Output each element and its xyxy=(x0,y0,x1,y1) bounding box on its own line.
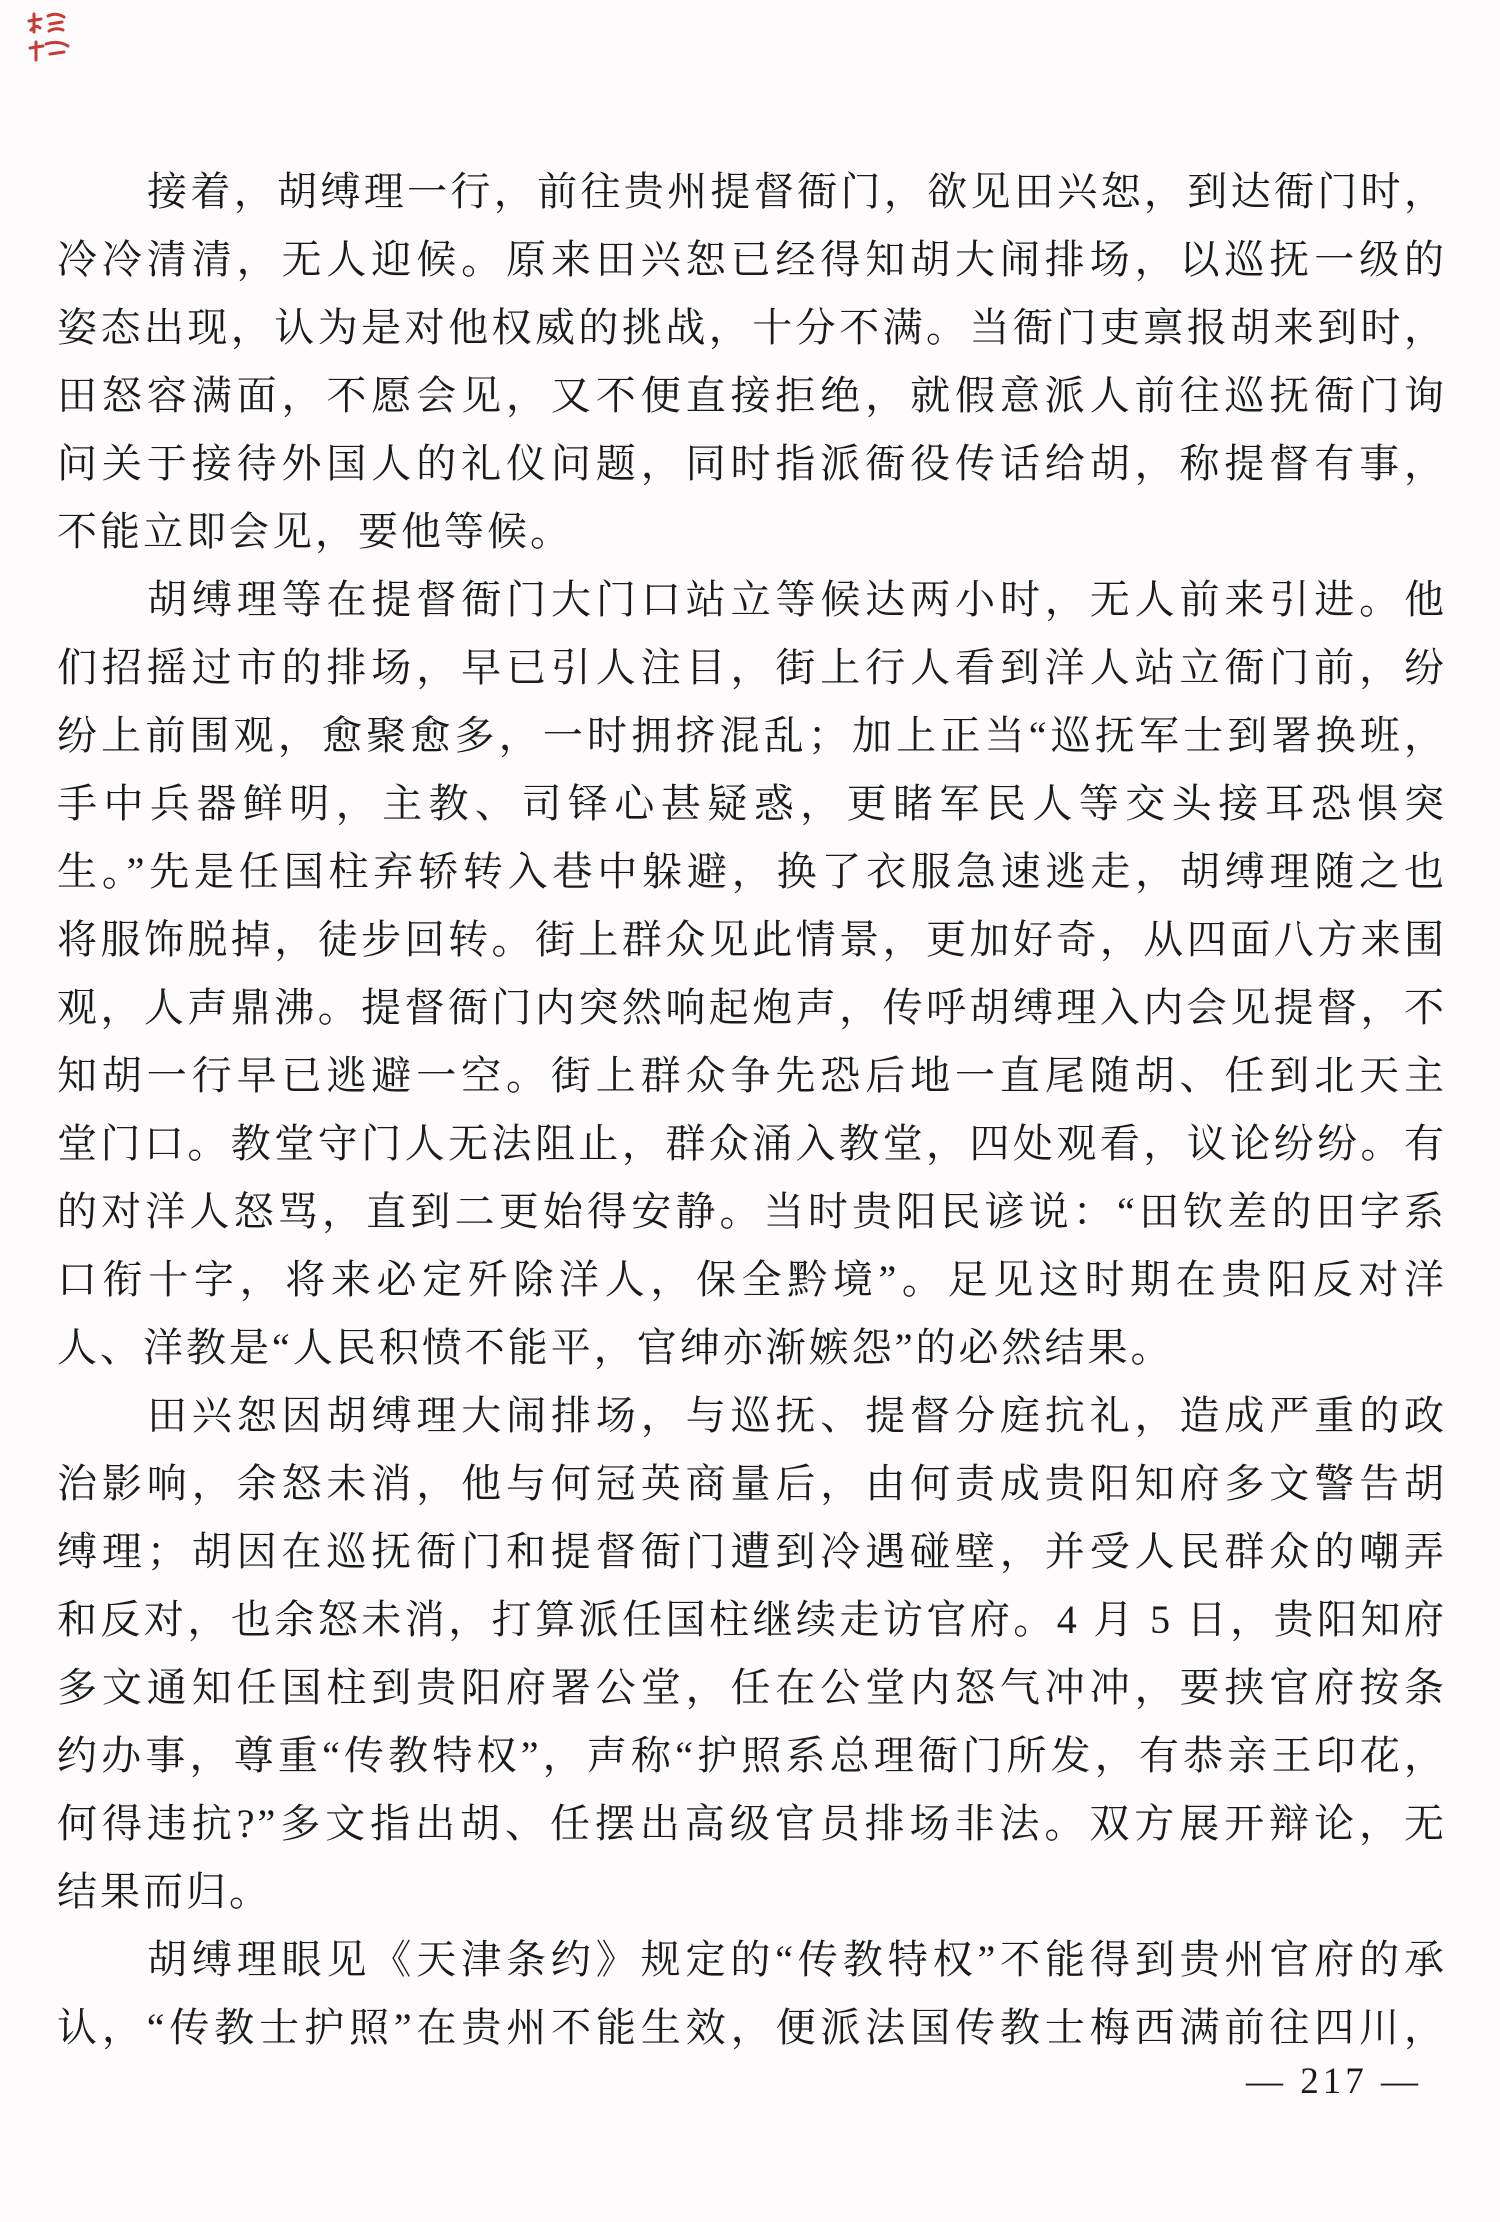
text-line: 人、洋教是“人民积愤不能平，官绅亦渐嫉怨”的必然结果。 xyxy=(57,1314,1447,1382)
text-line: 多文通知任国柱到贵阳府署公堂，任在公堂内怒气冲冲，要挟官府按条 xyxy=(57,1654,1447,1722)
text-line: 手中兵器鲜明，主教、司铎心甚疑惑，更睹军民人等交头接耳恐惧突 xyxy=(57,770,1447,838)
text-line: 观，人声鼎沸。提督衙门内突然响起炮声，传呼胡缚理入内会见提督，不 xyxy=(57,974,1447,1042)
text-line: 口衔十字，将来必定歼除洋人，保全黔境”。足见这时期在贵阳反对洋 xyxy=(57,1246,1447,1314)
text-line: 田兴恕因胡缚理大闹排场，与巡抚、提督分庭抗礼，造成严重的政 xyxy=(57,1382,1447,1450)
text-line: 缚理；胡因在巡抚衙门和提督衙门遭到冷遇碰壁，并受人民群众的嘲弄 xyxy=(57,1518,1447,1586)
text-line: 的对洋人怒骂，直到二更始得安静。当时贵阳民谚说：“田钦差的田字系 xyxy=(57,1178,1447,1246)
page-number: — 217 — xyxy=(1246,2060,1422,2104)
text-line: 结果而归。 xyxy=(57,1858,1447,1926)
text-line: 治影响，余怒未消，他与何冠英商量后，由何责成贵阳知府多文警告胡 xyxy=(57,1450,1447,1518)
text-line: 胡缚理等在提督衙门大门口站立等候达两小时，无人前来引进。他 xyxy=(57,566,1447,634)
text-line: 何得违抗?”多文指出胡、任摆出高级官员排场非法。双方展开辩论，无 xyxy=(57,1790,1447,1858)
red-pen-mark-icon xyxy=(26,8,72,66)
text-line: 姿态出现，认为是对他权威的挑战，十分不满。当衙门吏禀报胡来到时， xyxy=(57,294,1447,362)
text-line: 接着，胡缚理一行，前往贵州提督衙门，欲见田兴恕，到达衙门时， xyxy=(57,158,1447,226)
text-line: 生。”先是任国柱弃轿转入巷中躲避，换了衣服急速逃走，胡缚理随之也 xyxy=(57,838,1447,906)
book-page: 接着，胡缚理一行，前往贵州提督衙门，欲见田兴恕，到达衙门时， 冷冷清清，无人迎候… xyxy=(0,0,1500,2222)
text-line: 胡缚理眼见《天津条约》规定的“传教特权”不能得到贵州官府的承 xyxy=(57,1926,1447,1994)
text-line: 知胡一行早已逃避一空。街上群众争先恐后地一直尾随胡、任到北天主 xyxy=(57,1042,1447,1110)
text-line: 冷冷清清，无人迎候。原来田兴恕已经得知胡大闹排场，以巡抚一级的 xyxy=(57,226,1447,294)
text-line: 堂门口。教堂守门人无法阻止，群众涌入教堂，四处观看，议论纷纷。有 xyxy=(57,1110,1447,1178)
text-line: 们招摇过市的排场，早已引人注目，街上行人看到洋人站立衙门前，纷 xyxy=(57,634,1447,702)
body-text: 接着，胡缚理一行，前往贵州提督衙门，欲见田兴恕，到达衙门时， 冷冷清清，无人迎候… xyxy=(57,158,1447,2062)
text-line: 将服饰脱掉，徒步回转。街上群众见此情景，更加好奇，从四面八方来围 xyxy=(57,906,1447,974)
text-line: 田怒容满面，不愿会见，又不便直接拒绝，就假意派人前往巡抚衙门询 xyxy=(57,362,1447,430)
text-line: 问关于接待外国人的礼仪问题，同时指派衙役传话给胡，称提督有事， xyxy=(57,430,1447,498)
text-line: 约办事，尊重“传教特权”，声称“护照系总理衙门所发，有恭亲王印花， xyxy=(57,1722,1447,1790)
text-line: 不能立即会见，要他等候。 xyxy=(57,498,1447,566)
text-line: 认，“传教士护照”在贵州不能生效，便派法国传教士梅西满前往四川， xyxy=(57,1994,1447,2062)
text-line: 纷上前围观，愈聚愈多，一时拥挤混乱；加上正当“巡抚军士到署换班， xyxy=(57,702,1447,770)
text-line: 和反对，也余怒未消，打算派任国柱继续走访官府。4 月 5 日，贵阳知府 xyxy=(57,1586,1447,1654)
